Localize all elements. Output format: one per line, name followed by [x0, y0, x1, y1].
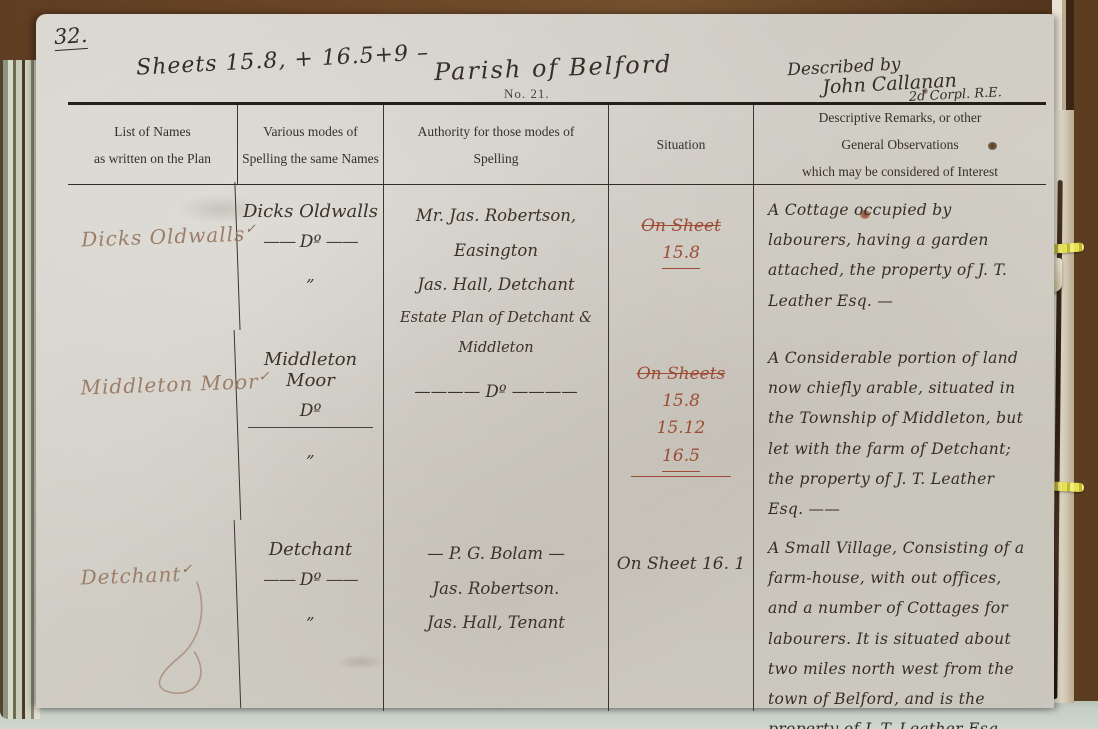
- col-header-names: List of Names as written on the Plan: [68, 105, 238, 185]
- col-header-remarks: Descriptive Remarks, or other General Ob…: [754, 105, 1046, 185]
- spelling-cell: Middleton Moor Dº „: [238, 333, 384, 523]
- authority-cell: Mr. Jas. Robertson, Easington Jas. Hall,…: [384, 185, 609, 333]
- entry-name-detchant: Detchant✓: [65, 520, 241, 714]
- authority-cell: — P. G. Bolam — Jas. Robertson. Jas. Hal…: [384, 523, 609, 711]
- entry-name-dicks-oldwalls: Dicks Oldwalls✓: [65, 182, 240, 336]
- ditto-mark: „: [238, 266, 383, 285]
- situation-cell: On Sheet 16. 1: [609, 523, 754, 711]
- sheet-reference: Sheets 15.8, + 16.5+9 –: [136, 40, 430, 80]
- col-header-spelling-modes: Various modes of Spelling the same Names: [238, 105, 384, 185]
- authority-cell: ———— Dº ————: [384, 333, 609, 523]
- register-page: 32. Sheets 15.8, + 16.5+9 – Parish of Be…: [36, 14, 1054, 708]
- photo-of-register-page: { "colors": { "ink": "#3b332a", "faded_n…: [0, 0, 1098, 729]
- ditto-mark: „: [238, 442, 383, 461]
- parish-title: Parish of Belford: [434, 50, 673, 86]
- name-book-table: List of Names as written on the Plan Var…: [68, 102, 1046, 711]
- situation-cell: On Sheets 15.8 15.12 16.5: [609, 333, 754, 523]
- spelling-cell: Dicks Oldwalls —— Dº —— „: [238, 185, 384, 333]
- col-header-authority: Authority for those modes of Spelling: [384, 105, 609, 185]
- spelling-cell: Detchant —— Dº —— „: [238, 523, 384, 711]
- remarks-cell: A Considerable portion of land now chief…: [754, 333, 1046, 523]
- col-header-situation: Situation: [609, 105, 754, 185]
- rule-line: [248, 427, 373, 428]
- printed-number: No. 21.: [504, 86, 550, 102]
- page-stack-left-edge: [0, 60, 40, 719]
- ditto-mark: „: [238, 604, 383, 623]
- remarks-cell: A Cottage occupied by labourers, having …: [754, 185, 1046, 333]
- entry-name-middleton-moor: Middleton Moor✓: [65, 330, 242, 526]
- pen-flourish: [137, 580, 231, 703]
- remarks-cell: A Small Village, Consisting of a farm-ho…: [754, 523, 1046, 711]
- check-mark: ✓: [181, 562, 193, 577]
- situation-cell: On Sheet 15.8: [609, 185, 754, 333]
- rule-line: [631, 476, 732, 477]
- page-number: 32.: [53, 23, 88, 51]
